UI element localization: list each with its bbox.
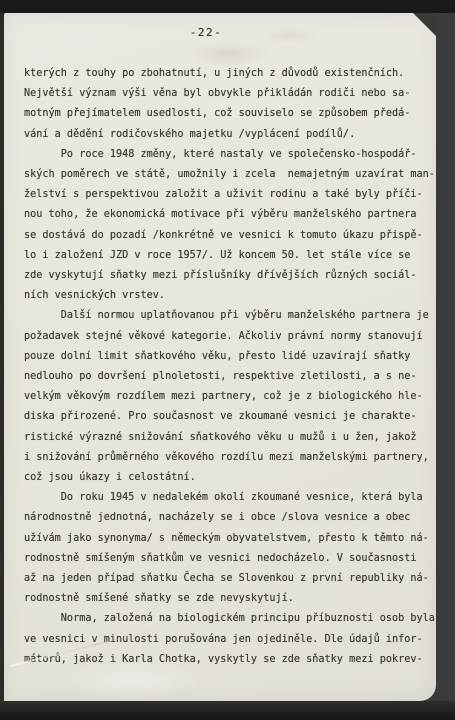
document-page: -22- kterých z touhy po zbohatnutí, u ji… (4, 13, 436, 701)
text-line: užívám jako synonyma/ s německým obyvate… (24, 529, 436, 549)
scanner-mat-top (0, 0, 455, 13)
text-line: národnostně jednotná, nacházely se i obc… (24, 508, 436, 528)
text-line: Do roku 1945 v nedalekém okolí zkoumané … (24, 488, 436, 508)
text-line: Norma, založená na biologickém principu … (24, 609, 436, 629)
text-line: Další normou uplatňovanou při výběru man… (24, 306, 436, 326)
clipped-corner (413, 13, 436, 36)
text-line: kterých z touhy po zbohatnutí, u jiných … (24, 64, 436, 84)
text-line: ských poměrech ve státě, umožnily i zcel… (24, 165, 436, 185)
text-line: až na jeden případ sňatku Čecha se Slove… (24, 569, 436, 589)
text-line: ních vesnických vrstev. (24, 286, 436, 306)
scanner-mat-bottom (0, 701, 455, 720)
text-line: vání a dědění rodičovského majetku /vypl… (24, 125, 436, 145)
text-line: motným přejímatelem usedlosti, což souvi… (24, 104, 436, 124)
text-line: lo i založení JZD v roce 1957/. Už konce… (24, 246, 436, 266)
text-line: se dostává do pozadí /konkrétně ve vesni… (24, 226, 436, 246)
text-line: nedlouho po dovršení plnoletosti, respek… (24, 367, 436, 387)
text-line: zde vyskytují sňatky mezi příslušníky dř… (24, 266, 436, 286)
text-line: což jsou úkazy i celostátní. (24, 468, 436, 488)
text-line: rodnostně smíšeným sňatkům ve vesnici ne… (24, 549, 436, 569)
text-line: želství s perspektivou založit a uživit … (24, 185, 436, 205)
text-line: ristické výrazné snižování sňatkového vě… (24, 428, 436, 448)
text-line: ve vesnici v minulosti porušována jen oj… (24, 630, 436, 650)
text-line: mátorů, jakož i Karla Chotka, vyskytly s… (24, 650, 436, 670)
text-line: nou toho, že ekonomická motivace při výb… (24, 205, 436, 225)
text-line: velkým věkovým rozdílem mezi partnery, c… (24, 387, 436, 407)
text-line: Největší význam výši věna byl obvykle př… (24, 84, 436, 104)
scanned-document-view: -22- kterých z touhy po zbohatnutí, u ji… (0, 0, 455, 720)
text-line: rodnostně smíšené sňatky se zde nevyskyt… (24, 589, 436, 609)
text-line: diska přirozené. Pro současnost ve zkoum… (24, 407, 436, 427)
text-line: požadavek stejné věkové kategorie. Ačkol… (24, 327, 436, 347)
body-text: kterých z touhy po zbohatnutí, u jiných … (24, 64, 436, 670)
page-number: -22- (4, 26, 408, 39)
text-line: pouze dolní limit sňatkového věku, přest… (24, 347, 436, 367)
text-line: i snižování průměrného věkového rozdílu … (24, 448, 436, 468)
text-line: Po roce 1948 změny, které nastaly ve spo… (24, 145, 436, 165)
